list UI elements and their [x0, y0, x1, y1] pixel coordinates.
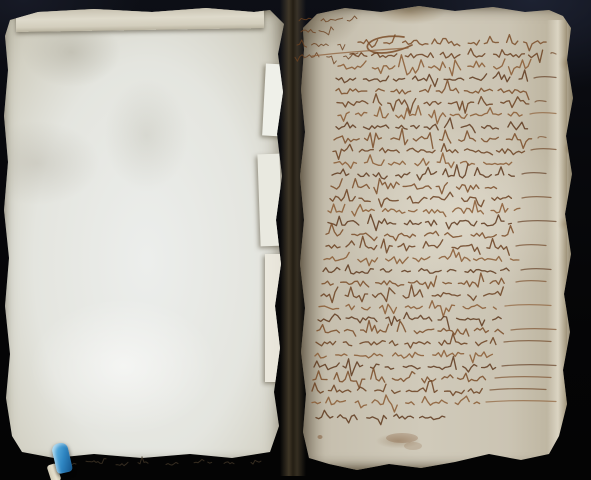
fore-edge-mark [116, 462, 128, 465]
fore-edge-mark [194, 459, 212, 463]
right-page-manuscript [297, 2, 578, 474]
fore-edge-mark [86, 459, 106, 464]
torn-paper-patch [257, 154, 282, 247]
book-gutter [280, 0, 306, 476]
fore-edge-mark [166, 462, 178, 465]
torn-top-flap [16, 6, 264, 32]
left-page-blank [2, 6, 291, 468]
fore-edge-mark [251, 460, 261, 464]
torn-paper-patch [265, 254, 281, 382]
manuscript-photo [0, 0, 591, 480]
fore-edge-mark [224, 462, 234, 464]
page-edge-curl [547, 20, 567, 456]
